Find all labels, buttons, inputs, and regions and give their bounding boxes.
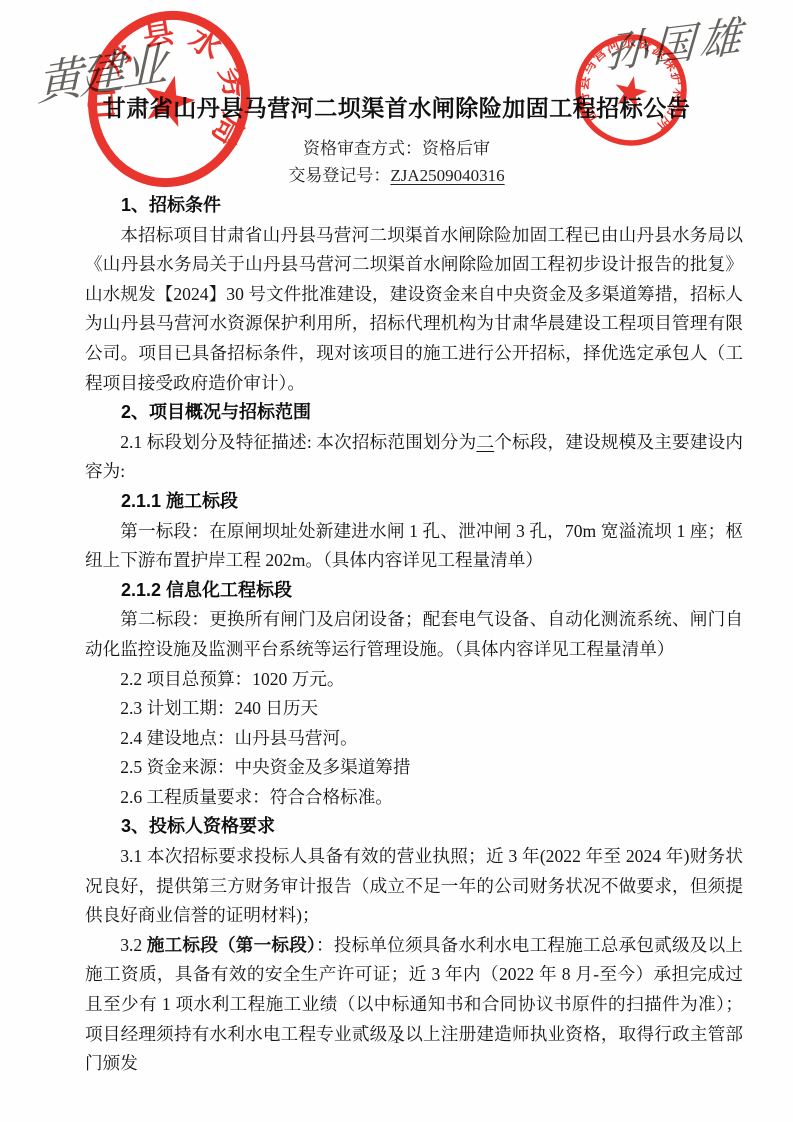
quality-item: 2.6 工程质量要求：符合合格标准。 bbox=[85, 783, 743, 813]
section-2-1-underlined-count: 二 bbox=[476, 432, 494, 452]
section-3-1-paragraph: 3.1 本次招标要求投标人具备有效的营业执照；近 3 年(2022 年至 202… bbox=[85, 842, 743, 931]
qualification-label: 资格审查方式： bbox=[303, 139, 422, 158]
section-2-1-1-heading: 2.1.1 施工标段 bbox=[85, 487, 743, 517]
section-2-1-2-heading: 2.1.2 信息化工程标段 bbox=[85, 576, 743, 606]
location-item: 2.4 建设地点：山丹县马营河。 bbox=[85, 724, 743, 754]
section-3-2-paragraph: 3.2 施工标段（第一标段）：投标单位须具备水利水电工程施工总承包贰级及以上施工… bbox=[85, 931, 743, 1079]
section-3-heading: 3、投标人资格要求 bbox=[85, 812, 743, 842]
section-3-2-bold-label: 施工标段（第一标段） bbox=[147, 935, 316, 955]
budget-item: 2.2 项目总预算：1020 万元。 bbox=[85, 665, 743, 695]
handwritten-signature-right: 孙国雄 bbox=[605, 3, 748, 81]
section-1-paragraph: 本招标项目甘肃省山丹县马营河二坝渠首水闸除险加固工程已由山丹县水务局以《山丹县水… bbox=[85, 221, 743, 399]
qualification-value: 资格后审 bbox=[422, 139, 490, 158]
document-page: 甘肃省山丹县马营河二坝渠首水闸除险加固工程招标公告 资格审查方式：资格后审 交易… bbox=[0, 0, 793, 1122]
funding-item: 2.5 资金来源：中央资金及多渠道筹措 bbox=[85, 753, 743, 783]
document-body: 1、招标条件 本招标项目甘肃省山丹县马营河二坝渠首水闸除险加固工程已由山丹县水务… bbox=[85, 191, 743, 1079]
registration-label: 交易登记号： bbox=[288, 166, 390, 185]
section-3-2-number: 3.2 bbox=[120, 935, 147, 955]
section-2-1-text-pre: 2.1 标段划分及特征描述: 本次招标范围划分为 bbox=[120, 432, 476, 452]
section-2-1-paragraph: 2.1 标段划分及特征描述: 本次招标范围划分为二个标段，建设规模及主要建设内容… bbox=[85, 428, 743, 487]
section-3-2-text: ：投标单位须具备水利水电工程施工总承包贰级及以上施工资质，具备有效的安全生产许可… bbox=[85, 935, 743, 1073]
section-2-heading: 2、项目概况与招标范围 bbox=[85, 398, 743, 428]
section-2-1-2-paragraph: 第二标段：更换所有闸门及启闭设备；配套电气设备、自动化测流系统、闸门自动化监控设… bbox=[85, 605, 743, 664]
schedule-item: 2.3 计划工期：240 日历天 bbox=[85, 694, 743, 724]
page-number: 1 bbox=[0, 1032, 793, 1048]
section-1-heading: 1、招标条件 bbox=[85, 191, 743, 221]
registration-number: ZJA2509040316 bbox=[390, 166, 504, 185]
section-2-1-1-paragraph: 第一标段：在原闸坝址处新建进水闸 1 孔、泄冲闸 3 孔，70m 宽溢流坝 1 … bbox=[85, 517, 743, 576]
